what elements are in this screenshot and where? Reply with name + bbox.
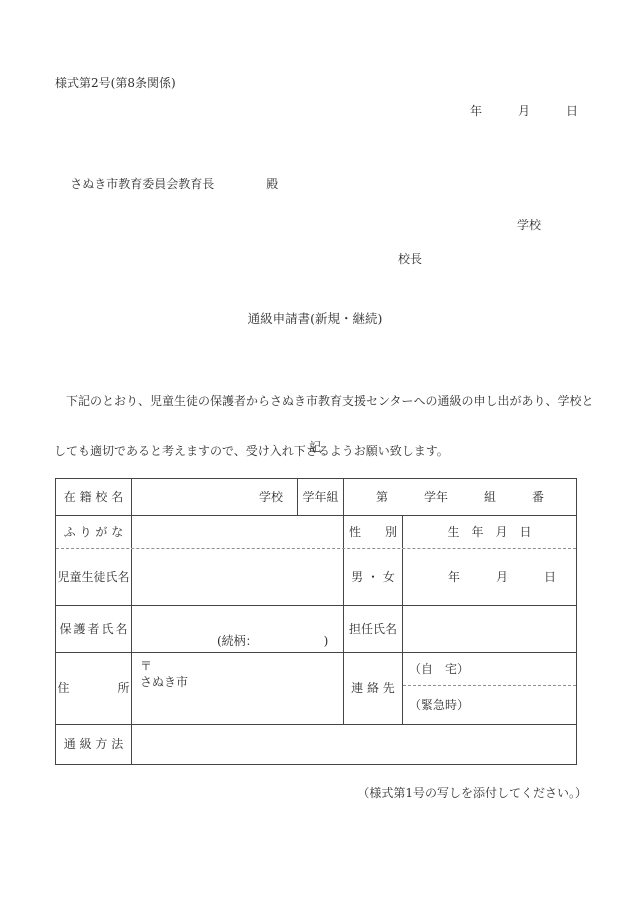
- row-student-name: 児童生徒氏名 男 ・ 女 年 月 日: [56, 548, 576, 605]
- body-paragraph: 下記のとおり、児童生徒の保護者からさぬき市教育支援センターへの通級の申し出があり…: [54, 362, 584, 490]
- relationship-label: (続柄： ): [217, 634, 328, 648]
- row-commute: 通 級 方 法: [56, 724, 576, 764]
- date-line: 年 月 日: [470, 104, 578, 118]
- footnote: （様式第1号の写しを添付してください。）: [357, 786, 587, 800]
- document-title: 通級申請書(新規・継続): [0, 311, 630, 326]
- guardian-label: 保護者氏名: [56, 606, 131, 652]
- commute-method-label: 通 級 方 法: [56, 725, 131, 764]
- contact-label: 連 絡 先: [343, 653, 402, 724]
- form-number: 様式第2号(第8条関係): [55, 76, 176, 90]
- student-name-field: [131, 549, 343, 605]
- furigana-field: [131, 516, 343, 548]
- grade-class-header: 学年組: [297, 479, 343, 515]
- record-mark: 記: [0, 440, 630, 454]
- birthdate-field: 年 月 日: [402, 549, 576, 605]
- guardian-name-field: (続柄： ): [131, 606, 343, 652]
- body-line-1: 下記のとおり、児童生徒の保護者からさぬき市教育支援センターへの通級の申し出があり…: [54, 391, 584, 412]
- recipient-name: さぬき市教育委員会教育長: [70, 177, 214, 191]
- furigana-label: ふ り が な: [56, 516, 131, 548]
- gender-header: 性 別: [343, 516, 402, 548]
- student-name-label: 児童生徒氏名: [56, 549, 131, 605]
- application-table: 在 籍 校 名 学校 学年組 第 学年 組 番 ふ り が な 性 別 生 年 …: [55, 478, 577, 765]
- contact-emergency-field: （緊急時）: [403, 685, 576, 724]
- application-form-page: 様式第2号(第8条関係) 年 月 日 さぬき市教育委員会教育長殿 学校 校長 通…: [0, 0, 630, 903]
- commute-method-field: [131, 725, 576, 764]
- principal-label: 校長: [398, 252, 422, 266]
- address-label: 住 所: [56, 653, 131, 724]
- recipient-honorific: 殿: [266, 177, 278, 191]
- address-city: さぬき市: [140, 674, 188, 690]
- row-address: 住 所 〒 さぬき市 連 絡 先 （自 宅） （緊急時）: [56, 652, 576, 724]
- school-suffix-label: 学校: [517, 218, 541, 232]
- teacher-name-label: 担任氏名: [343, 606, 402, 652]
- row-enrolled-school: 在 籍 校 名 学校 学年組 第 学年 組 番: [56, 479, 576, 515]
- gender-options: 男 ・ 女: [343, 549, 402, 605]
- postal-mark: 〒: [140, 658, 152, 674]
- row-furigana: ふ り が な 性 別 生 年 月 日: [56, 515, 576, 548]
- contact-home-field: （自 宅）: [403, 653, 576, 685]
- grade-class-field: 第 学年 組 番: [343, 479, 576, 515]
- enrolled-school-label: 在 籍 校 名: [56, 479, 131, 515]
- school-name-field: 学校: [131, 479, 297, 515]
- recipient-line: さぬき市教育委員会教育長殿: [55, 163, 278, 206]
- birthdate-header: 生 年 月 日: [402, 516, 576, 548]
- address-field: 〒 さぬき市: [131, 653, 343, 724]
- teacher-name-field: [402, 606, 576, 652]
- row-guardian: 保護者氏名 (続柄： ) 担任氏名: [56, 605, 576, 652]
- contact-fields: （自 宅） （緊急時）: [402, 653, 576, 724]
